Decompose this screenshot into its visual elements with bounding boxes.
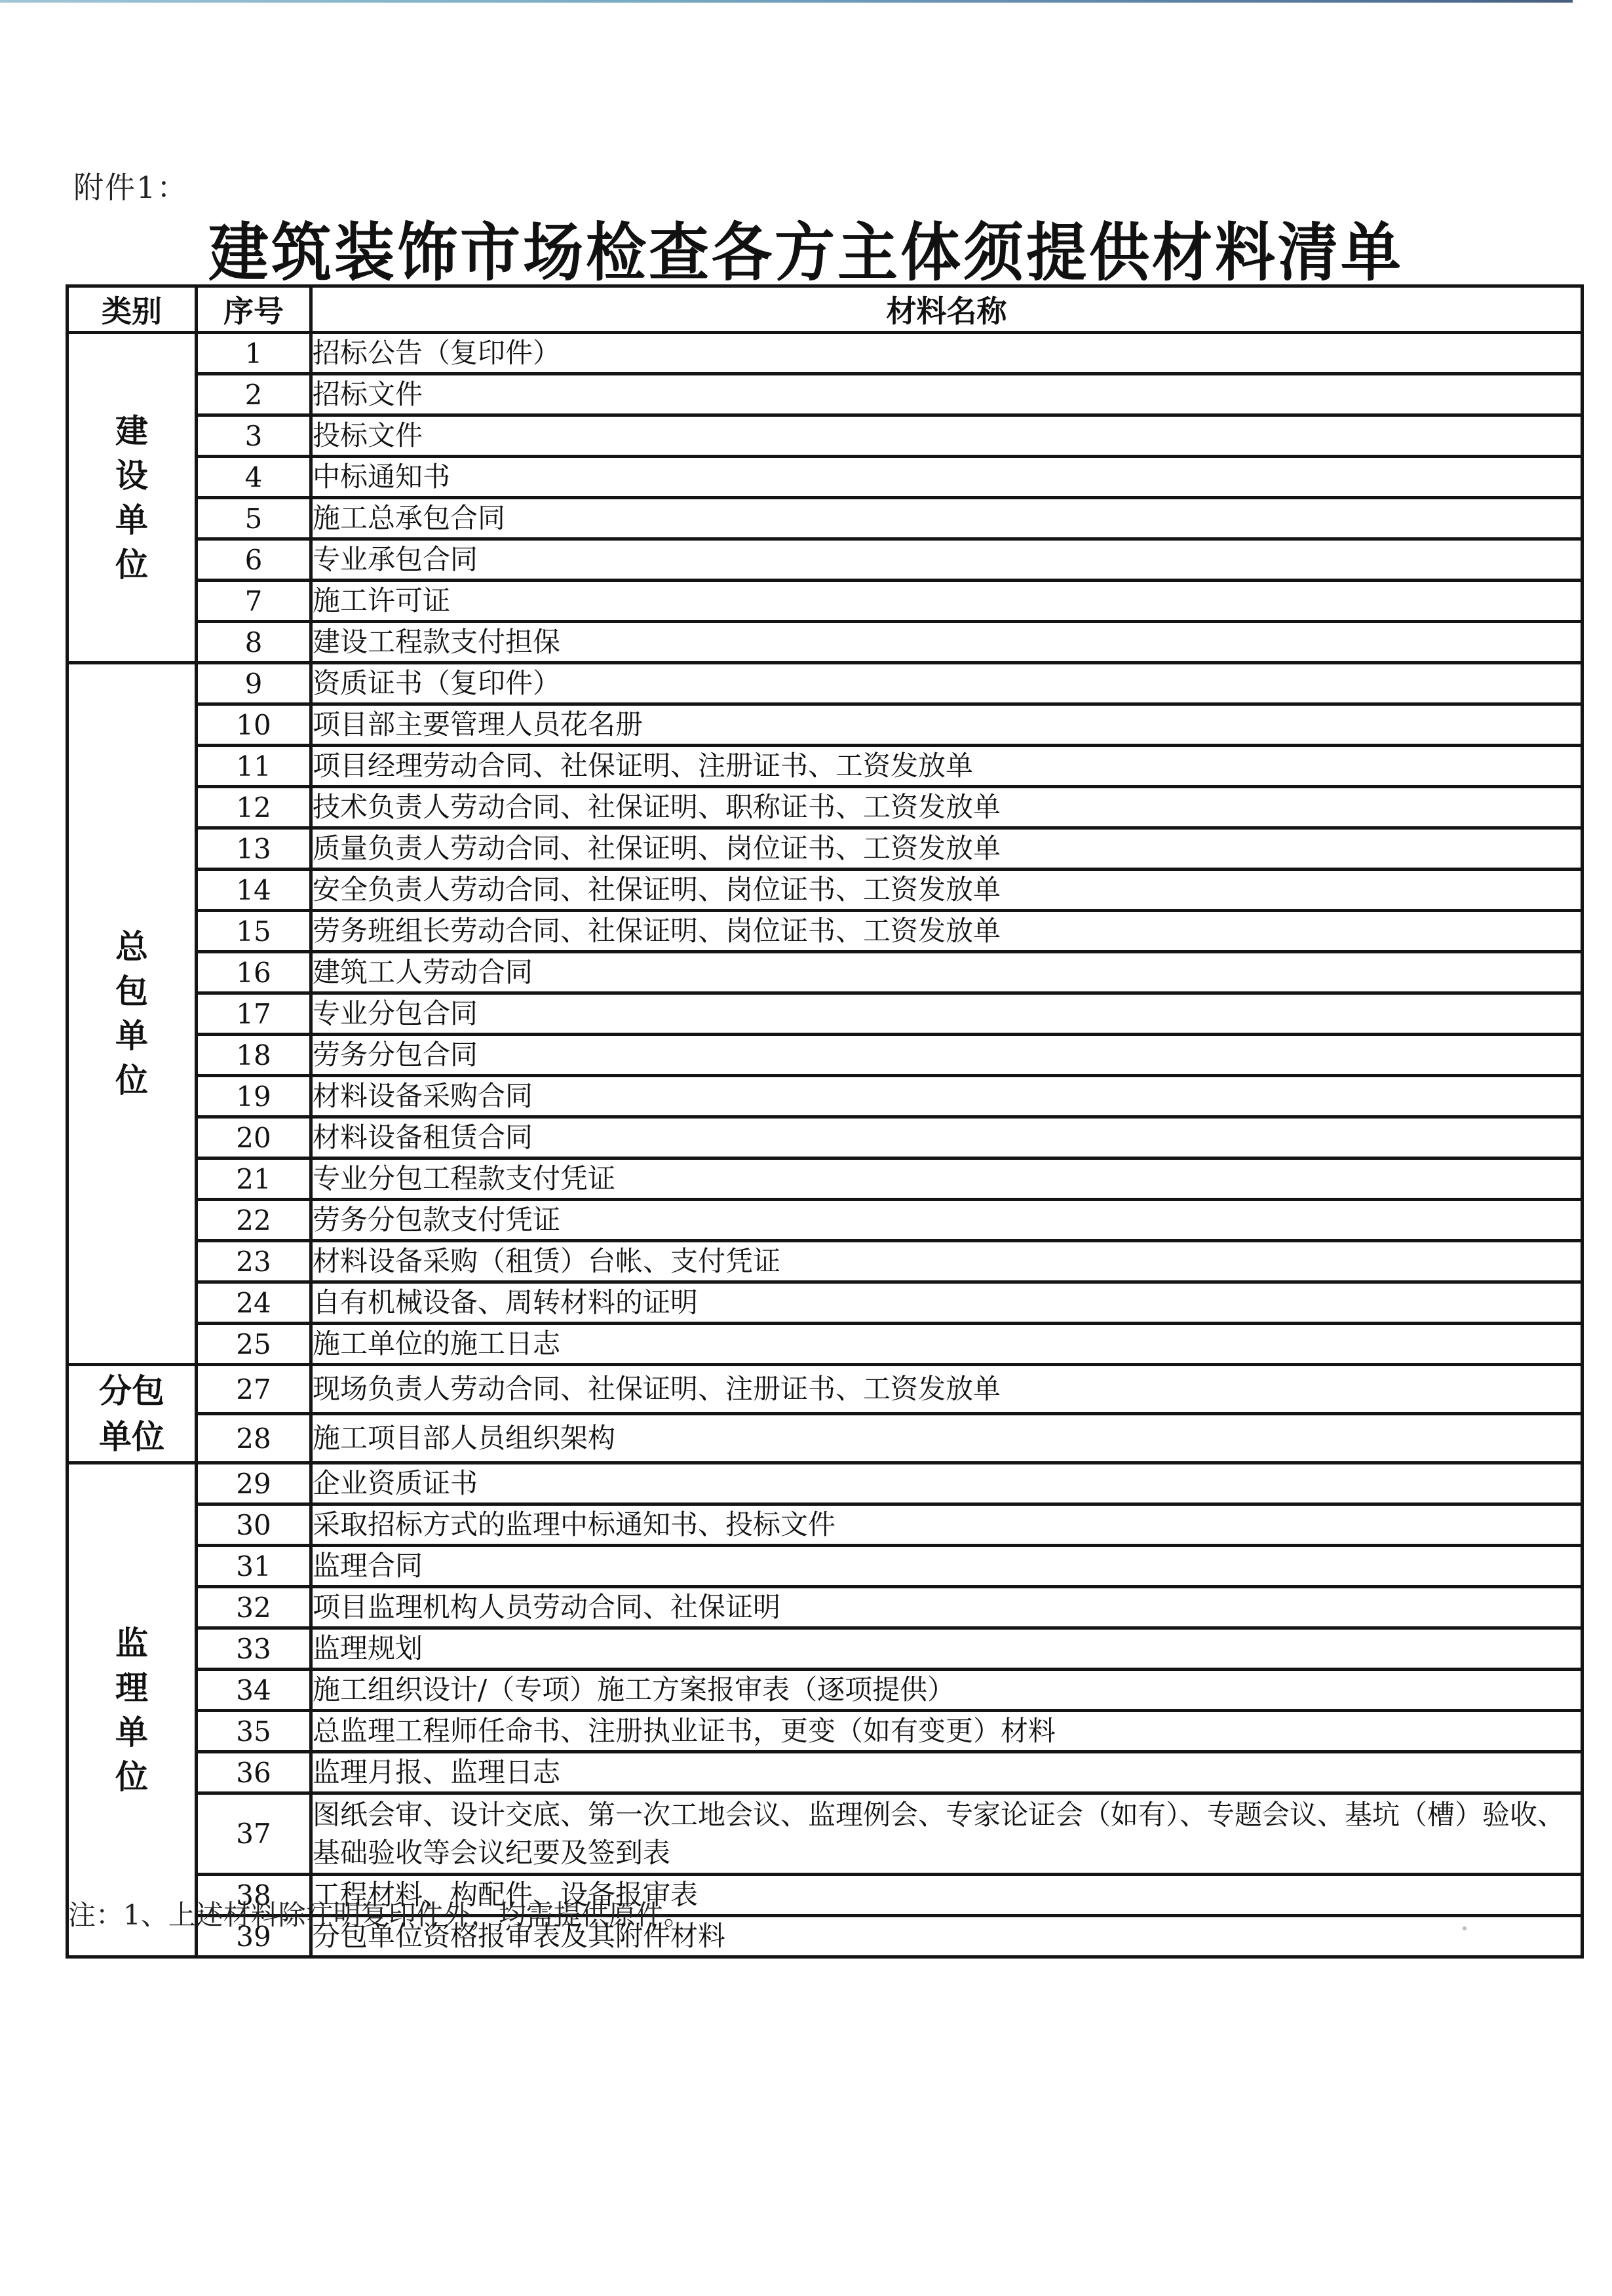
material-name: 质量负责人劳动合同、社保证明、岗位证书、工资发放单 [311, 828, 1583, 870]
table-row: 7施工许可证 [67, 581, 1583, 622]
scan-speck [1463, 1926, 1467, 1930]
material-name: 劳务班组长劳动合同、社保证明、岗位证书、工资发放单 [311, 911, 1583, 952]
material-name: 中标通知书 [311, 457, 1583, 498]
table-row: 3投标文件 [67, 415, 1583, 457]
table-row: 17专业分包合同 [67, 993, 1583, 1035]
row-number: 3 [197, 415, 311, 457]
row-number: 34 [197, 1670, 311, 1711]
category-cell: 建设单位 [67, 333, 197, 663]
row-number: 33 [197, 1628, 311, 1670]
row-number: 9 [197, 663, 311, 704]
row-number: 21 [197, 1158, 311, 1200]
table-row: 2招标文件 [67, 374, 1583, 415]
category-label: 监理单位 [112, 1621, 151, 1799]
table-row: 22劳务分包款支付凭证 [67, 1200, 1583, 1241]
scan-edge-line [0, 0, 1573, 3]
table-row: 13质量负责人劳动合同、社保证明、岗位证书、工资发放单 [67, 828, 1583, 870]
table-row: 34施工组织设计/（专项）施工方案报审表（逐项提供） [67, 1670, 1583, 1711]
row-number: 13 [197, 828, 311, 870]
row-number: 23 [197, 1241, 311, 1282]
material-name: 自有机械设备、周转材料的证明 [311, 1282, 1583, 1324]
table-row: 10项目部主要管理人员花名册 [67, 704, 1583, 746]
material-name: 监理规划 [311, 1628, 1583, 1670]
material-name: 项目部主要管理人员花名册 [311, 704, 1583, 746]
table-row: 24自有机械设备、周转材料的证明 [67, 1282, 1583, 1324]
material-name: 专业分包合同 [311, 993, 1583, 1035]
material-name: 项目监理机构人员劳动合同、社保证明 [311, 1587, 1583, 1628]
row-number: 36 [197, 1752, 311, 1793]
material-name: 施工总承包合同 [311, 498, 1583, 539]
attachment-label: 附件1： [73, 164, 188, 207]
category-label: 建设单位 [112, 409, 151, 587]
row-number: 10 [197, 704, 311, 746]
row-number: 4 [197, 457, 311, 498]
material-name: 投标文件 [311, 415, 1583, 457]
material-name: 安全负责人劳动合同、社保证明、岗位证书、工资发放单 [311, 870, 1583, 911]
row-number: 11 [197, 746, 311, 787]
material-name: 总监理工程师任命书、注册执业证书，更变（如有变更）材料 [311, 1711, 1583, 1752]
row-number: 32 [197, 1587, 311, 1628]
table-row: 36监理月报、监理日志 [67, 1752, 1583, 1793]
row-number: 6 [197, 539, 311, 581]
table-row: 8建设工程款支付担保 [67, 622, 1583, 663]
row-number: 8 [197, 622, 311, 663]
row-number: 18 [197, 1035, 311, 1076]
row-number: 35 [197, 1711, 311, 1752]
table-row: 35总监理工程师任命书、注册执业证书，更变（如有变更）材料 [67, 1711, 1583, 1752]
table-header-row: 类别 序号 材料名称 [67, 286, 1583, 333]
row-number: 20 [197, 1117, 311, 1158]
material-name: 招标公告（复印件） [311, 333, 1583, 374]
material-name: 资质证书（复印件） [311, 663, 1583, 704]
row-number: 15 [197, 911, 311, 952]
table-row: 33监理规划 [67, 1628, 1583, 1670]
table-row: 23材料设备采购（租赁）台帐、支付凭证 [67, 1241, 1583, 1282]
table-row: 32项目监理机构人员劳动合同、社保证明 [67, 1587, 1583, 1628]
row-number: 28 [197, 1414, 311, 1463]
material-name: 项目经理劳动合同、社保证明、注册证书、工资发放单 [311, 746, 1583, 787]
material-name: 劳务分包款支付凭证 [311, 1200, 1583, 1241]
row-number: 14 [197, 870, 311, 911]
table-row: 监理单位 29 企业资质证书 [67, 1463, 1583, 1504]
material-name: 监理月报、监理日志 [311, 1752, 1583, 1793]
table-row: 总包单位 9 资质证书（复印件） [67, 663, 1583, 704]
material-name: 劳务分包合同 [311, 1035, 1583, 1076]
row-number: 7 [197, 581, 311, 622]
material-name: 材料设备采购合同 [311, 1076, 1583, 1117]
materials-table: 类别 序号 材料名称 建设单位 1 招标公告（复印件） 2招标文件 3投标文件 … [66, 284, 1584, 1959]
material-name: 企业资质证书 [311, 1463, 1583, 1504]
table-row: 6专业承包合同 [67, 539, 1583, 581]
table-row: 28施工项目部人员组织架构 [67, 1414, 1583, 1463]
header-material: 材料名称 [311, 286, 1583, 333]
row-number: 2 [197, 374, 311, 415]
table-row: 16建筑工人劳动合同 [67, 952, 1583, 993]
row-number: 19 [197, 1076, 311, 1117]
table-row: 15劳务班组长劳动合同、社保证明、岗位证书、工资发放单 [67, 911, 1583, 952]
header-category: 类别 [67, 286, 197, 333]
table-row: 19材料设备采购合同 [67, 1076, 1583, 1117]
table-row: 12技术负责人劳动合同、社保证明、职称证书、工资发放单 [67, 787, 1583, 828]
document-title: 建筑装饰市场检查各方主体须提供材料清单 [0, 202, 1612, 294]
row-number: 37 [197, 1793, 311, 1875]
table-row: 4中标通知书 [67, 457, 1583, 498]
category-label: 总包单位 [112, 925, 151, 1103]
row-number: 30 [197, 1504, 311, 1546]
material-name: 施工单位的施工日志 [311, 1324, 1583, 1365]
table-row: 20材料设备租赁合同 [67, 1117, 1583, 1158]
table-row: 25施工单位的施工日志 [67, 1324, 1583, 1365]
table-row: 31监理合同 [67, 1546, 1583, 1587]
row-number: 25 [197, 1324, 311, 1365]
table-row: 30采取招标方式的监理中标通知书、投标文件 [67, 1504, 1583, 1546]
material-name: 专业分包工程款支付凭证 [311, 1158, 1583, 1200]
row-number: 12 [197, 787, 311, 828]
material-name: 招标文件 [311, 374, 1583, 415]
row-number: 31 [197, 1546, 311, 1587]
material-name: 施工许可证 [311, 581, 1583, 622]
table-row: 11项目经理劳动合同、社保证明、注册证书、工资发放单 [67, 746, 1583, 787]
footnote: 注：1、上述材料除注明复印件外，均需提供原件。 [68, 1894, 691, 1933]
category-cell: 分包单位 [67, 1365, 197, 1463]
header-number: 序号 [197, 286, 311, 333]
category-cell: 监理单位 [67, 1463, 197, 1957]
material-name: 建筑工人劳动合同 [311, 952, 1583, 993]
row-number: 1 [197, 333, 311, 374]
table-row: 分包单位 27 现场负责人劳动合同、社保证明、注册证书、工资发放单 [67, 1365, 1583, 1414]
material-name: 材料设备采购（租赁）台帐、支付凭证 [311, 1241, 1583, 1282]
material-name: 监理合同 [311, 1546, 1583, 1587]
table-row: 14安全负责人劳动合同、社保证明、岗位证书、工资发放单 [67, 870, 1583, 911]
material-name: 技术负责人劳动合同、社保证明、职称证书、工资发放单 [311, 787, 1583, 828]
material-name: 施工组织设计/（专项）施工方案报审表（逐项提供） [311, 1670, 1583, 1711]
material-name: 建设工程款支付担保 [311, 622, 1583, 663]
material-name: 材料设备租赁合同 [311, 1117, 1583, 1158]
material-name: 施工项目部人员组织架构 [311, 1414, 1583, 1463]
material-name: 图纸会审、设计交底、第一次工地会议、监理例会、专家论证会（如有）、专题会议、基坑… [311, 1793, 1583, 1875]
table-row: 21专业分包工程款支付凭证 [67, 1158, 1583, 1200]
row-number: 16 [197, 952, 311, 993]
table-row: 18劳务分包合同 [67, 1035, 1583, 1076]
material-name: 采取招标方式的监理中标通知书、投标文件 [311, 1504, 1583, 1546]
row-number: 22 [197, 1200, 311, 1241]
row-number: 29 [197, 1463, 311, 1504]
table-row: 37图纸会审、设计交底、第一次工地会议、监理例会、专家论证会（如有）、专题会议、… [67, 1793, 1583, 1875]
row-number: 5 [197, 498, 311, 539]
material-name: 专业承包合同 [311, 539, 1583, 581]
row-number: 24 [197, 1282, 311, 1324]
row-number: 17 [197, 993, 311, 1035]
table-row: 5施工总承包合同 [67, 498, 1583, 539]
row-number: 27 [197, 1365, 311, 1414]
category-cell: 总包单位 [67, 663, 197, 1365]
material-name: 现场负责人劳动合同、社保证明、注册证书、工资发放单 [311, 1365, 1583, 1414]
table-row: 建设单位 1 招标公告（复印件） [67, 333, 1583, 374]
category-label: 分包单位 [96, 1368, 168, 1460]
